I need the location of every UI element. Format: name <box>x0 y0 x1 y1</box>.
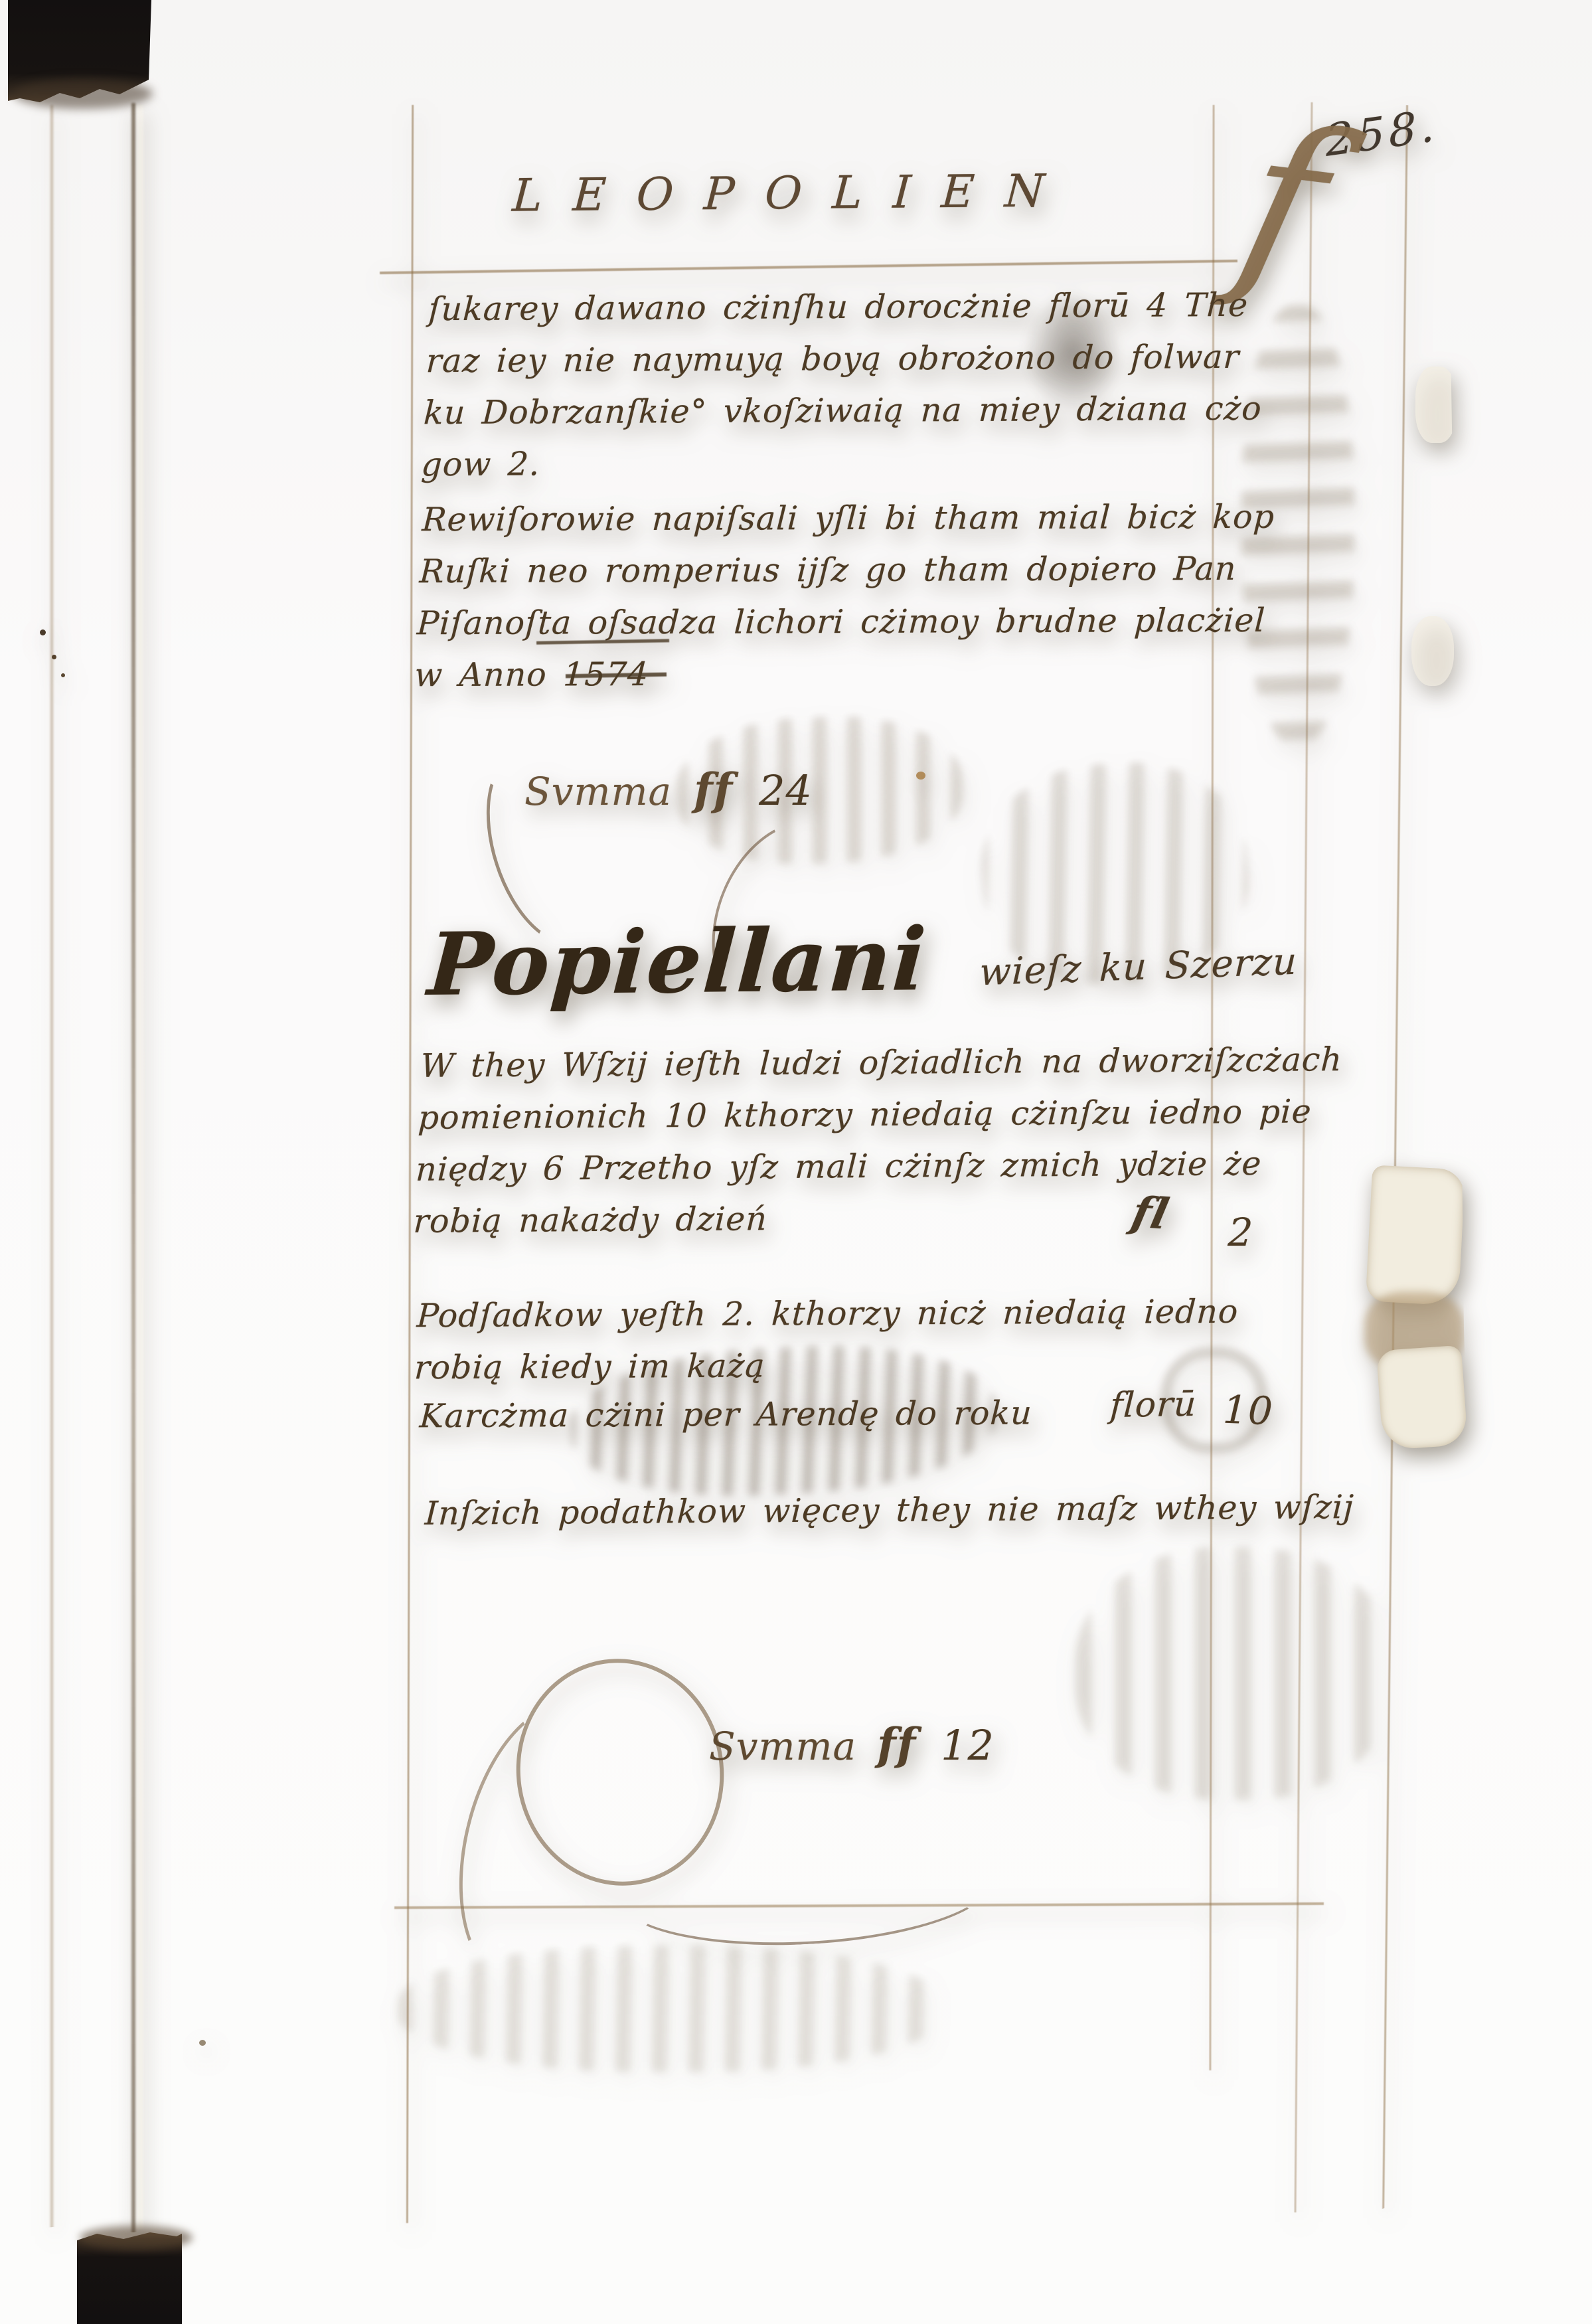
bleedthrough-smear <box>398 1946 943 2072</box>
ink-speck <box>61 673 65 677</box>
foxing-spot <box>916 772 925 780</box>
binding-strap-fray-top <box>13 78 153 109</box>
summa-word: Svmma <box>709 1724 856 1769</box>
summa-unit: ff <box>694 764 733 815</box>
summa-value: 12 <box>941 1721 995 1770</box>
text-line: Karcżma cżini per Arendę do roku <box>418 1388 1033 1443</box>
paragraph: Inſzich podathkow więcey they nie maſz w… <box>424 1481 1355 1540</box>
gutter-crease-main <box>131 103 135 2234</box>
text-line: Ruſki neo romperius ijſz go tham dopiero… <box>418 543 1273 598</box>
frame-line-vertical-left <box>406 105 414 2223</box>
torn-patch <box>1415 367 1457 443</box>
text-line: W they Wſzij ieſth ludzi oſziadlich na d… <box>420 1034 1344 1092</box>
frame-line-header <box>380 260 1237 274</box>
binding-strap-fray-bottom <box>80 2226 193 2250</box>
summa-line: Svmma ff 12 <box>709 1718 995 1770</box>
florin-label: florū <box>1109 1384 1198 1426</box>
text-line: raz iey nie naymuyą boyą obrożono do fol… <box>425 331 1265 388</box>
foxing-spot <box>199 2040 206 2046</box>
ink-speck <box>40 629 46 635</box>
text-line: Inſzich podathkow więcey they nie maſz w… <box>424 1481 1355 1540</box>
summa-value: 24 <box>759 766 813 815</box>
margin-value: 2 <box>1227 1210 1254 1255</box>
paragraph: W they Wſzij ieſth ludzi oſziadlich na d… <box>412 1034 1344 1248</box>
text-line: w Anno 1574 <box>413 647 1268 701</box>
text-line: ſukarey dawano cżinſhu dorocżnie florū 4… <box>428 280 1268 336</box>
frame-line-margin-2 <box>1382 101 1408 2222</box>
gutter-crease-outer <box>50 105 53 2230</box>
paragraph: Rewiſorowie napiſsali yſli bi tham mial … <box>413 491 1276 702</box>
gutter-highlight <box>137 105 143 2230</box>
text-line: Rewiſorowie napiſsali yſli bi tham mial … <box>421 491 1276 546</box>
text-line: pomienionich 10 kthorzy niedaią cżinſzu … <box>417 1086 1341 1144</box>
paragraph: Karcżma cżini per Arendę do roku <box>418 1388 1033 1443</box>
text-line: robią nakażdy dzień <box>412 1189 1336 1248</box>
text-line: niędzy 6 Przetho yſz mali cżinſz zmich y… <box>414 1137 1338 1196</box>
bleedthrough-smear <box>1075 1547 1394 1799</box>
text-line: gow 2. <box>420 435 1261 491</box>
torn-patch <box>1411 616 1454 686</box>
book-page: 258. LEOPOLIEN f ſukarey dawano cżinſhu … <box>0 0 1592 2324</box>
book-page-wrapper: 258. LEOPOLIEN f ſukarey dawano cżinſhu … <box>0 0 1592 2324</box>
running-head: LEOPOLIEN <box>511 165 1077 222</box>
manuscript-scan: { "colors": { "paper": "#eadfc4", "ink":… <box>0 0 1592 2324</box>
paragraph: Podſadkow yeſth 2. kthorzy nicż niedaią … <box>413 1286 1239 1394</box>
ink-speck <box>52 655 56 659</box>
section-heading: Popiellani <box>425 908 929 1015</box>
summa-unit: ff <box>877 1718 916 1770</box>
torn-patch <box>1376 1345 1468 1451</box>
paragraph: ſukarey dawano cżinſhu dorocżnie florū 4… <box>420 280 1268 491</box>
text-line: ku Dobrzanſkie° vkoſziwaią na miey dzian… <box>422 383 1263 440</box>
margin-value: 10 <box>1222 1387 1274 1434</box>
text-line: Podſadkow yeſth 2. kthorzy nicż niedaią … <box>416 1286 1239 1343</box>
torn-patch <box>1366 1165 1466 1305</box>
